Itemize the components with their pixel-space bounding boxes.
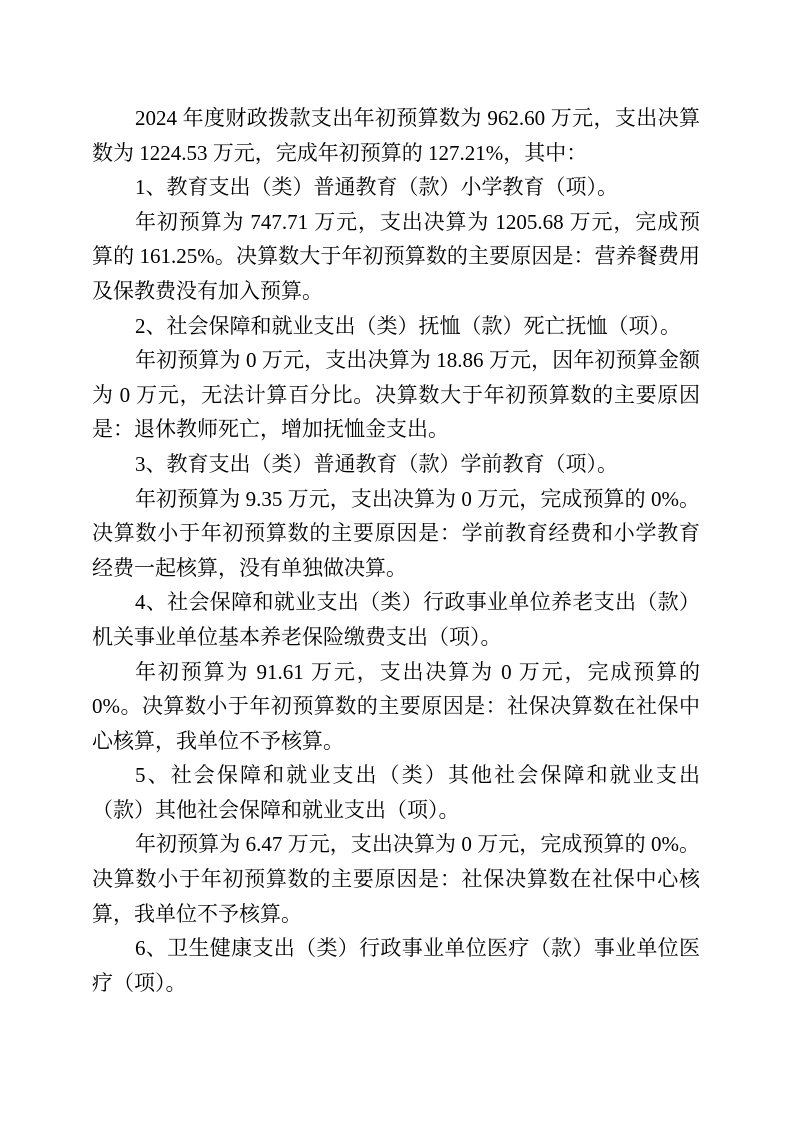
paragraph-item-4-detail: 年初预算为 91.61 万元，支出决算为 0 万元，完成预算的 0%。决算数小于…	[92, 655, 700, 759]
paragraph-item-1-heading: 1、教育支出（类）普通教育（款）小学教育（项）。	[92, 170, 700, 205]
document-page: 2024 年度财政拨款支出年初预算数为 962.60 万元，支出决算数为 122…	[0, 0, 793, 1122]
paragraph-item-1-detail: 年初预算为 747.71 万元，支出决算为 1205.68 万元，完成预算的 1…	[92, 205, 700, 309]
paragraph-budget-summary: 2024 年度财政拨款支出年初预算数为 962.60 万元，支出决算数为 122…	[92, 101, 700, 170]
paragraph-item-2-heading: 2、社会保障和就业支出（类）抚恤（款）死亡抚恤（项）。	[92, 309, 700, 344]
paragraph-item-5-detail: 年初预算为 6.47 万元，支出决算为 0 万元，完成预算的 0%。决算数小于年…	[92, 827, 700, 931]
paragraph-item-4-heading: 4、社会保障和就业支出（类）行政事业单位养老支出（款）机关事业单位基本养老保险缴…	[92, 585, 700, 654]
paragraph-item-3-detail: 年初预算为 9.35 万元，支出决算为 0 万元，完成预算的 0%。决算数小于年…	[92, 482, 700, 586]
paragraph-item-3-heading: 3、教育支出（类）普通教育（款）学前教育（项）。	[92, 447, 700, 482]
paragraph-item-6-heading: 6、卫生健康支出（类）行政事业单位医疗（款）事业单位医疗（项）。	[92, 931, 700, 1000]
paragraph-item-5-heading: 5、社会保障和就业支出（类）其他社会保障和就业支出（款）其他社会保障和就业支出（…	[92, 758, 700, 827]
paragraph-item-2-detail: 年初预算为 0 万元，支出决算为 18.86 万元，因年初预算金额为 0 万元，…	[92, 343, 700, 447]
